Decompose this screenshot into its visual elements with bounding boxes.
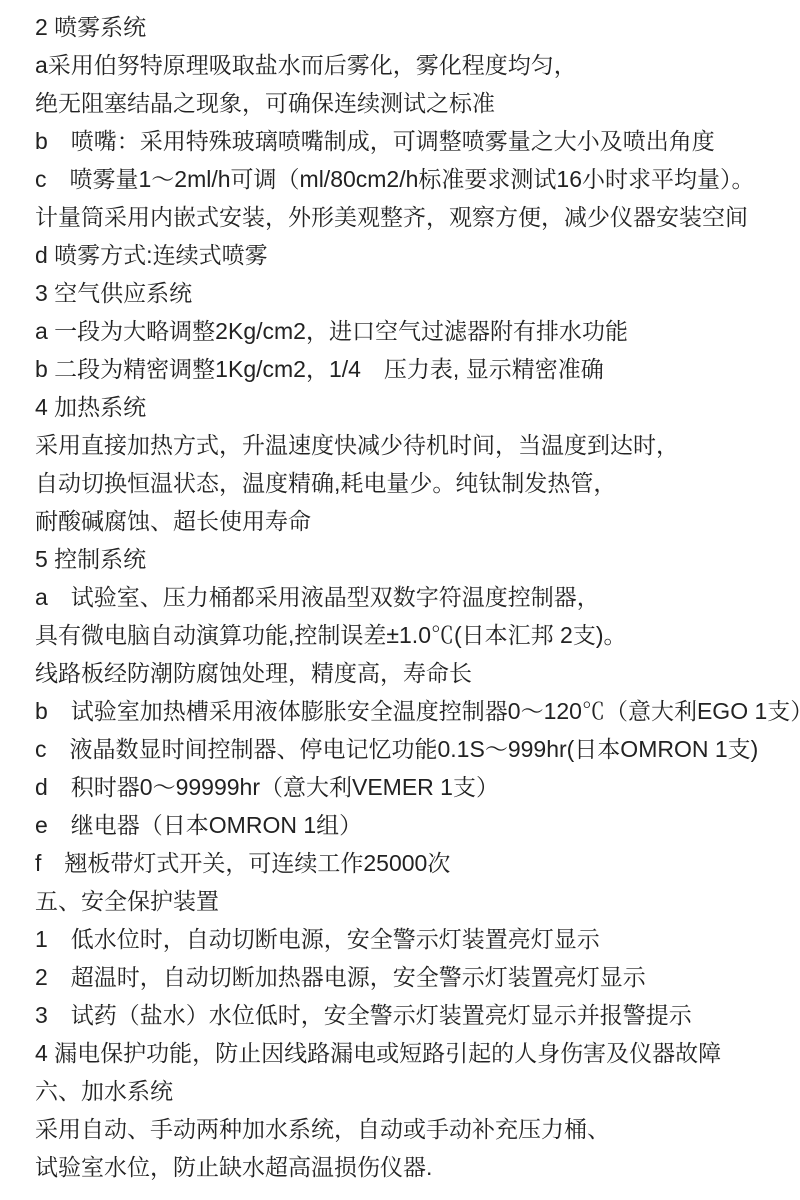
section-heading: 4 加热系统 (35, 388, 792, 426)
section-heating-system: 4 加热系统 采用直接加热方式，升温速度快减少待机时间，当温度到达时， 自动切换… (35, 388, 792, 540)
spec-line: 采用直接加热方式，升温速度快减少待机时间，当温度到达时， (35, 426, 792, 464)
spec-line: b 二段为精密调整1Kg/cm2，1/4 压力表, 显示精密准确 (35, 350, 792, 388)
section-heading: 六、加水系统 (35, 1072, 792, 1110)
section-heading: 3 空气供应系统 (35, 274, 792, 312)
spec-line: 自动切换恒温状态，温度精确,耗电量少。纯钛制发热管， (35, 464, 792, 502)
section-heading: 2 喷雾系统 (35, 8, 792, 46)
spec-line: 耐酸碱腐蚀、超长使用寿命 (35, 502, 792, 540)
spec-line: 采用自动、手动两种加水系统，自动或手动补充压力桶、 (35, 1110, 792, 1148)
document-page: 2 喷雾系统 a采用伯努特原理吸取盐水而后雾化，雾化程度均匀， 绝无阻塞结晶之现… (0, 0, 800, 1200)
spec-line: f 翘板带灯式开关，可连续工作25000次 (35, 844, 792, 882)
spec-line: d 积时器0～99999hr（意大利VEMER 1支） (35, 768, 792, 806)
section-water-filling-system: 六、加水系统 采用自动、手动两种加水系统，自动或手动补充压力桶、 试验室水位，防… (35, 1072, 792, 1186)
spec-line: c 喷雾量1～2ml/h可调（ml/80cm2/h标准要求测试16小时求平均量）… (35, 160, 792, 198)
spec-line: e 继电器（日本OMRON 1组） (35, 806, 792, 844)
spec-line: 2 超温时，自动切断加热器电源，安全警示灯装置亮灯显示 (35, 958, 792, 996)
spec-line: 4 漏电保护功能，防止因线路漏电或短路引起的人身伤害及仪器故障 (35, 1034, 792, 1072)
spec-line: a采用伯努特原理吸取盐水而后雾化，雾化程度均匀， (35, 46, 792, 84)
spec-line: 计量筒采用内嵌式安装，外形美观整齐，观察方便，减少仪器安装空间 (35, 198, 792, 236)
spec-line: 3 试药（盐水）水位低时，安全警示灯装置亮灯显示并报警提示 (35, 996, 792, 1034)
section-heading: 五、安全保护装置 (35, 882, 792, 920)
spec-line: a 一段为大略调整2Kg/cm2，进口空气过滤器附有排水功能 (35, 312, 792, 350)
spec-line: c 液晶数显时间控制器、停电记忆功能0.1S～999hr(日本OMRON 1支) (35, 730, 792, 768)
spec-line: b 试验室加热槽采用液体膨胀安全温度控制器0～120℃（意大利EGO 1支） (35, 692, 792, 730)
spec-line: 绝无阻塞结晶之现象，可确保连续测试之标准 (35, 84, 792, 122)
spec-line: 1 低水位时，自动切断电源，安全警示灯装置亮灯显示 (35, 920, 792, 958)
spec-line: 具有微电脑自动演算功能,控制误差±1.0℃(日本汇邦 2支)。 (35, 616, 792, 654)
section-air-supply-system: 3 空气供应系统 a 一段为大略调整2Kg/cm2，进口空气过滤器附有排水功能 … (35, 274, 792, 388)
section-safety-protection: 五、安全保护装置 1 低水位时，自动切断电源，安全警示灯装置亮灯显示 2 超温时… (35, 882, 792, 1072)
spec-line: 试验室水位，防止缺水超高温损伤仪器. (35, 1148, 792, 1186)
spec-line: d 喷雾方式:连续式喷雾 (35, 236, 792, 274)
section-spray-system: 2 喷雾系统 a采用伯努特原理吸取盐水而后雾化，雾化程度均匀， 绝无阻塞结晶之现… (35, 8, 792, 274)
section-control-system: 5 控制系统 a 试验室、压力桶都采用液晶型双数字符温度控制器， 具有微电脑自动… (35, 540, 792, 882)
spec-line: a 试验室、压力桶都采用液晶型双数字符温度控制器， (35, 578, 792, 616)
spec-line: 线路板经防潮防腐蚀处理，精度高，寿命长 (35, 654, 792, 692)
section-heading: 5 控制系统 (35, 540, 792, 578)
spec-line: b 喷嘴：采用特殊玻璃喷嘴制成，可调整喷雾量之大小及喷出角度 (35, 122, 792, 160)
